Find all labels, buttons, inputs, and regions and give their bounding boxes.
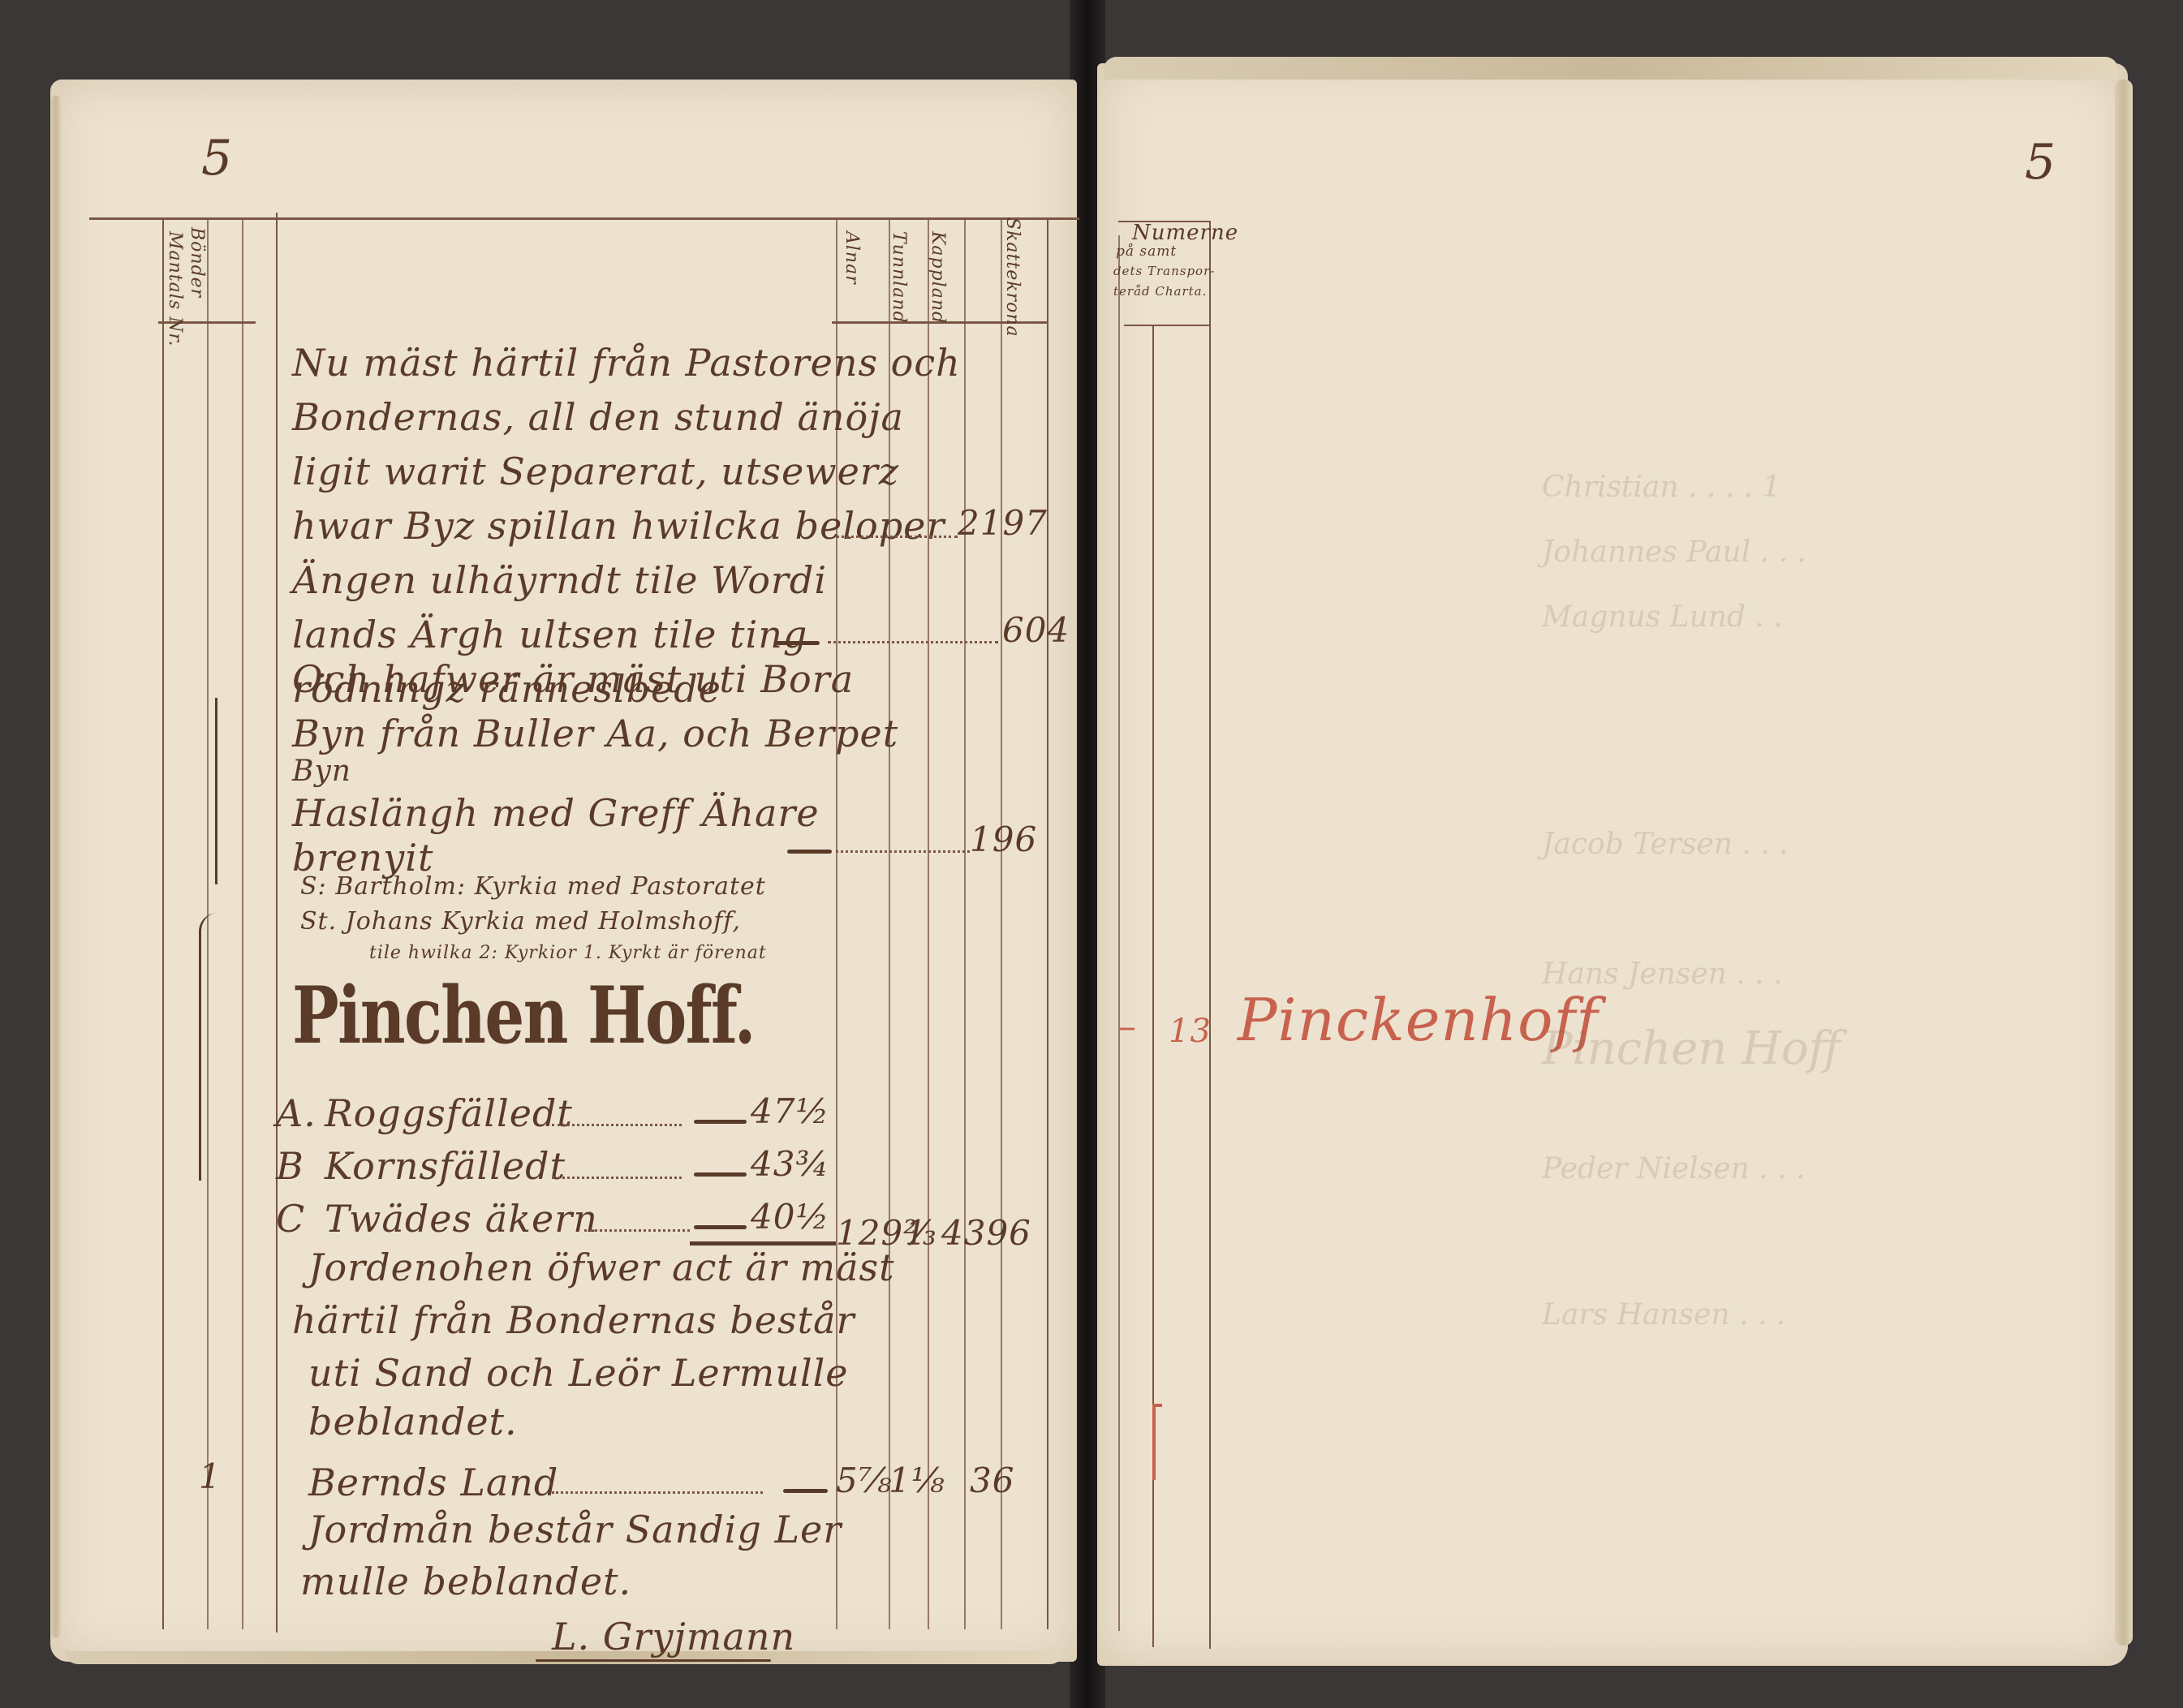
- note-line: St. Johans Kyrkia med Holmshoff,: [300, 907, 741, 936]
- right-header-line: teråd Charta.: [1113, 284, 1207, 299]
- col-rule: [276, 213, 278, 1633]
- col-rule: [1118, 235, 1120, 1631]
- entry-2-line: lands Ärgh ultsen tile ting: [292, 613, 807, 656]
- item-label: Roggsfälledt: [325, 1091, 573, 1135]
- entry-2-amount: 604: [1002, 610, 1070, 650]
- red-entry-dash: –: [1118, 1006, 1137, 1048]
- dash: [694, 1172, 747, 1177]
- right-page-edge: [2115, 80, 2133, 1646]
- bleed-through-text: Magnus Lund . .: [1542, 600, 1783, 634]
- row-value: 36: [970, 1461, 1014, 1500]
- right-header-line: dets Transpor-: [1113, 264, 1215, 278]
- col-rule: [1209, 221, 1211, 1649]
- dash: [775, 641, 820, 645]
- item-value: 47½: [751, 1091, 829, 1131]
- header-col-kappland: Kappland: [928, 231, 948, 324]
- subtotal-value: 1: [905, 1213, 928, 1253]
- leader-dots: [552, 1491, 763, 1494]
- right-page-number: 5: [2025, 134, 2056, 191]
- col-rule: [1047, 217, 1048, 1629]
- subtotal-note-line: beblandet.: [308, 1400, 518, 1443]
- row-value: 1⅛: [889, 1461, 945, 1500]
- left-page-edge: [50, 96, 62, 1637]
- signature-underline: [536, 1659, 771, 1662]
- right-header-line: Numerne: [1132, 221, 1238, 245]
- row-note-line: mulle beblandet.: [300, 1560, 631, 1603]
- note-line: tile hwilka 2: Kyrkior 1. Kyrkt är fören…: [369, 943, 767, 963]
- item-label: Twädes äkern: [325, 1197, 598, 1241]
- subtotal-note-line: härtil från Bondernas består: [292, 1298, 855, 1342]
- header-top-rule: [89, 217, 1079, 220]
- entry-1-line: Nu mäst härtil från Pastorens och: [292, 341, 961, 385]
- bleed-through-text: Hans Jensen . . .: [1542, 957, 1783, 991]
- bleed-through-text: Peder Nielsen . . .: [1542, 1152, 1805, 1185]
- leader-dots: [836, 850, 970, 853]
- leader-dots: [828, 641, 998, 643]
- bleed-through-text: Johannes Paul . . .: [1542, 536, 1806, 569]
- bracket-mark: [199, 913, 217, 1181]
- row-value: 5⅞: [836, 1461, 892, 1500]
- header-col-tunnland: Tunnland: [889, 231, 909, 324]
- leader-dots: [552, 1124, 682, 1126]
- entry-3-line: Haslängh med Greff Ähare: [292, 791, 820, 835]
- note-line: S: Bartholm: Kyrkia med Pastoratet: [300, 872, 766, 901]
- entry-1-line: Bondernas, all den stund änöja: [292, 395, 904, 439]
- item-value: 43¾: [751, 1144, 829, 1184]
- item-label: Kornsfälledt: [325, 1144, 566, 1188]
- subtotal-note-line: Jordenohen öfwer act är mäst: [308, 1246, 895, 1289]
- red-bracket-mark: [1152, 1404, 1162, 1480]
- bleed-through-text: Christian . . . . 1: [1542, 471, 1780, 504]
- item-letter: C: [276, 1197, 305, 1241]
- entry-3-line: Och hafwer är mäst uti Bora: [292, 657, 854, 701]
- leader-dots: [584, 1229, 690, 1232]
- col-rule: [162, 217, 164, 1629]
- col-rule: [1001, 217, 1002, 1629]
- red-entry-number: 13: [1169, 1013, 1212, 1050]
- row-label: Bernds Land: [308, 1461, 558, 1504]
- entry-2-line: Ängen ulhäyrndt tile Wordi: [292, 558, 827, 602]
- dash: [694, 1120, 747, 1124]
- left-page-number: 5: [201, 130, 233, 187]
- col-rule: [964, 217, 966, 1629]
- right-header-line: på samt: [1116, 243, 1177, 260]
- header-col-mantal: Mantals Nr.: [165, 231, 185, 346]
- leader-dots: [836, 536, 958, 538]
- item-letter: A.: [276, 1091, 316, 1135]
- item-value: 40½: [751, 1197, 829, 1237]
- subtotal-note-line: uti Sand och Leör Lermulle: [308, 1351, 849, 1395]
- bleed-through-text: Pinchen Hoff: [1542, 1022, 1841, 1075]
- entry-1-line: ligit warit Separerat, utsewerz: [292, 450, 899, 493]
- dash: [787, 850, 832, 854]
- bleed-through-text: Jacob Tersen . . .: [1542, 828, 1789, 861]
- dash: [783, 1489, 828, 1493]
- entry-1-amount: 2197: [958, 503, 1048, 543]
- item-letter: B: [276, 1144, 304, 1188]
- subtotal-value: 4396: [941, 1213, 1031, 1253]
- bleed-through-text: Lars Hansen . . .: [1542, 1298, 1785, 1332]
- section-title: Pinchen Hoff.: [292, 970, 755, 1061]
- entry-1-line: hwar Byz spillan hwilcka beloper: [292, 504, 945, 548]
- row-note-line: Jordmån består Sandig Ler: [308, 1508, 842, 1551]
- right-page: [1097, 63, 2128, 1666]
- entry-3-amount: 196: [970, 820, 1037, 859]
- header-col-bonder: Bönder: [187, 227, 207, 298]
- header-bottom-rule: [1124, 325, 1209, 326]
- col-rule: [242, 217, 243, 1629]
- dash: [694, 1225, 747, 1229]
- entry-3-line: Byn: [292, 755, 351, 788]
- right-page-top-edge: [1104, 57, 2118, 80]
- row-number: 1: [199, 1456, 222, 1496]
- bracket-mark: [199, 698, 217, 884]
- header-col-skattekrona: Skattekrona: [1002, 217, 1023, 338]
- entry-3-line: Byn från Buller Aa, och Berpet: [292, 712, 898, 755]
- leader-dots: [552, 1177, 682, 1179]
- header-col-alnar: Alnar: [842, 231, 862, 285]
- col-rule: [928, 217, 929, 1629]
- signature: L. Gryjmann: [552, 1615, 795, 1659]
